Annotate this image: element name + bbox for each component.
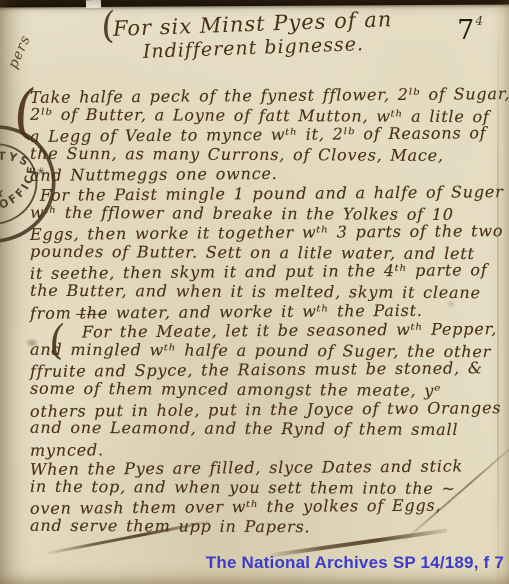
manuscript-line: Eggs, then worke it together wᵗʰ 3 parts… xyxy=(30,221,504,244)
margin-note: pers xyxy=(5,33,34,72)
manuscript-line: Take halfe a peck of the fynest fflower,… xyxy=(30,84,504,107)
paper-smudge xyxy=(446,300,456,308)
page-top-edge xyxy=(0,0,509,8)
manuscript-body: Take halfe a peck of the fynest fflower,… xyxy=(30,86,504,537)
archive-reference-watermark: The National Archives SP 14/189, f 7 xyxy=(206,553,504,573)
manuscript-line: and one Leamond, and the Rynd of them sm… xyxy=(30,418,504,440)
manuscript-line: some of them mynced amongst the meate, y… xyxy=(30,379,504,401)
manuscript-line: the Butter, and when it is melted, skym … xyxy=(30,281,504,303)
folio-superscript: 4 xyxy=(475,14,483,28)
folio-number: 74 xyxy=(457,14,483,46)
paper-smudge xyxy=(25,338,39,348)
manuscript-paragraph: When the Pyes are filled, slyce Dates an… xyxy=(30,458,504,536)
manuscript-line: For the Paist mingle 1 pound and a halfe… xyxy=(30,182,504,205)
document-title: For six Minst Pyes of an Indifferent big… xyxy=(77,6,428,65)
stamp-crest-icon xyxy=(0,163,6,200)
manuscript-paragraph: For the Meate, let it be seasoned wᵗʰ Pe… xyxy=(30,321,504,458)
manuscript-paragraph: Take halfe a peck of the fynest fflower,… xyxy=(30,86,504,184)
manuscript-line: For the Meate, let it be seasoned wᵗʰ Pe… xyxy=(30,319,504,342)
manuscript-page: pers 74 MAJESTYS PAPER OFFICE ✳ For six … xyxy=(0,0,509,584)
folio-digit: 7 xyxy=(457,15,474,46)
manuscript-line: and serve them upp in Papers. xyxy=(30,516,504,538)
manuscript-paragraph: For the Paist mingle 1 pound and a halfe… xyxy=(30,184,504,321)
